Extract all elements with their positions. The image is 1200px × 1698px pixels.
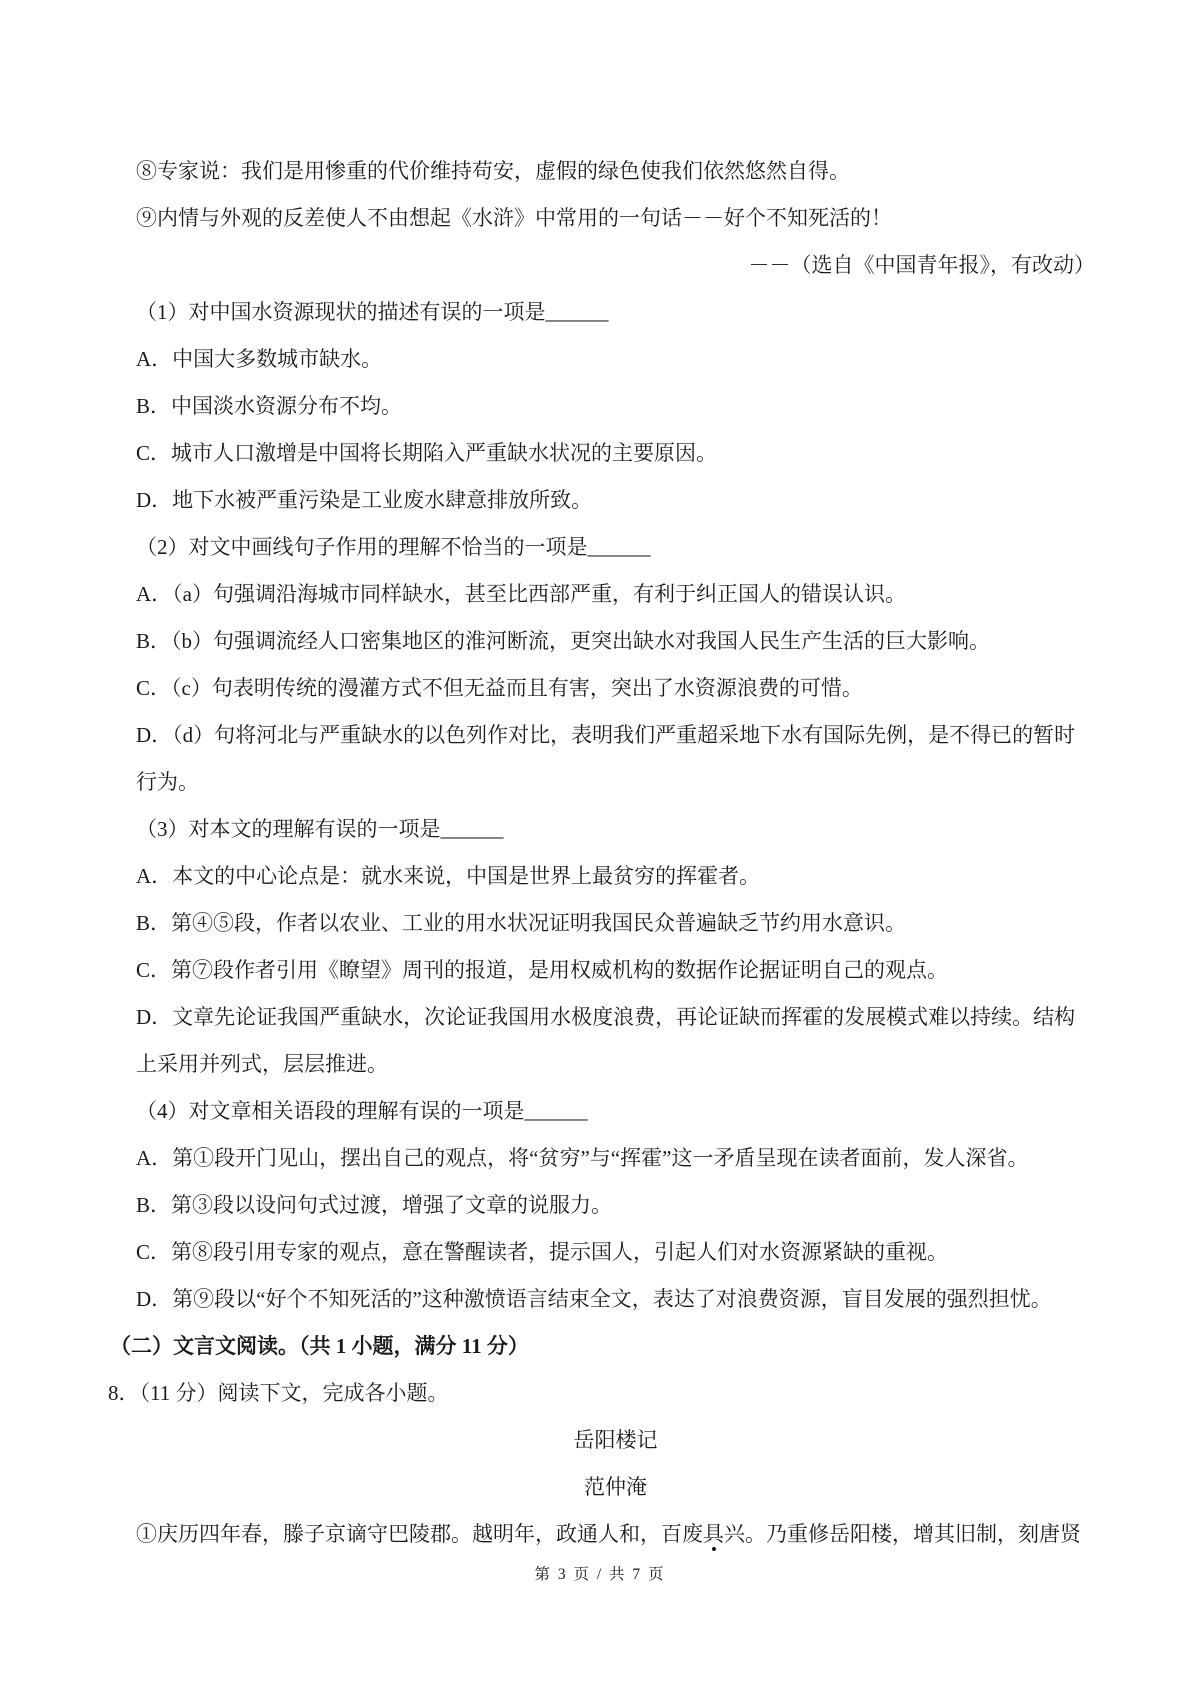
question-number-line: 8．（11 分）阅读下文，完成各小题。	[100, 1370, 1095, 1417]
emphasized-character: 具	[703, 1522, 724, 1546]
article-title: 岳阳楼记	[100, 1417, 1095, 1464]
page-footer: 第 3 页 / 共 7 页	[0, 1563, 1200, 1587]
option-continuation-line: 行为。	[100, 759, 1095, 806]
paragraph-line: ⑨内情与外观的反差使人不由想起《水浒》中常用的一句话－－好个不知死活的！	[100, 195, 1095, 242]
question-stem-line: （2）对文中画线句子作用的理解不恰当的一项是______	[100, 524, 1095, 571]
question-stem-line: （4）对文章相关语段的理解有误的一项是______	[100, 1088, 1095, 1135]
option-line: A．（a）句强调沿海城市同样缺水，甚至比西部严重，有利于纠正国人的错误认识。	[100, 571, 1095, 618]
option-line: B．（b）句强调流经人口密集地区的淮河断流，更突出缺水对我国人民生产生活的巨大影…	[100, 618, 1095, 665]
option-line: B．第③段以设问句式过渡，增强了文章的说服力。	[100, 1182, 1095, 1229]
option-line: B．第④⑤段，作者以农业、工业的用水状况证明我国民众普遍缺乏节约用水意识。	[100, 900, 1095, 947]
option-continuation-line: 上采用并列式，层层推进。	[100, 1041, 1095, 1088]
question-stem-line: （3）对本文的理解有误的一项是______	[100, 806, 1095, 853]
exam-content: ⑧专家说：我们是用惨重的代价维持苟安，虚假的绿色使我们依然悠然自得。⑨内情与外观…	[100, 148, 1095, 1558]
question-stem-line: （1）对中国水资源现状的描述有误的一项是______	[100, 289, 1095, 336]
section-heading: （二）文言文阅读。（共 1 小题，满分 11 分）	[100, 1323, 1095, 1370]
paragraph-line: ⑧专家说：我们是用惨重的代价维持苟安，虚假的绿色使我们依然悠然自得。	[100, 148, 1095, 195]
option-line: A．本文的中心论点是：就水来说，中国是世界上最贫穷的挥霍者。	[100, 853, 1095, 900]
option-line: C．城市人口激增是中国将长期陷入严重缺水状况的主要原因。	[100, 430, 1095, 477]
option-line: D．地下水被严重污染是工业废水肆意排放所致。	[100, 477, 1095, 524]
option-line: C．（c）句表明传统的漫灌方式不但无益而且有害，突出了水资源浪费的可惜。	[100, 665, 1095, 712]
exam-page: ⑧专家说：我们是用惨重的代价维持苟安，虚假的绿色使我们依然悠然自得。⑨内情与外观…	[0, 0, 1200, 1698]
option-line: C．第⑦段作者引用《瞭望》周刊的报道，是用权威机构的数据作论据证明自己的观点。	[100, 947, 1095, 994]
article-author: 范仲淹	[100, 1464, 1095, 1511]
option-line: D．文章先论证我国严重缺水，次论证我国用水极度浪费，再论证缺而挥霍的发展模式难以…	[100, 994, 1095, 1041]
paragraph-line: ①庆历四年春，滕子京谪守巴陵郡。越明年，政通人和，百废具兴。乃重修岳阳楼，增其旧…	[100, 1511, 1095, 1558]
option-line: C．第⑧段引用专家的观点，意在警醒读者，提示国人，引起人们对水资源紧缺的重视。	[100, 1229, 1095, 1276]
option-line: D．（d）句将河北与严重缺水的以色列作对比，表明我们严重超采地下水有国际先例，是…	[100, 712, 1095, 759]
option-line: A．第①段开门见山，摆出自己的观点，将“贫穷”与“挥霍”这一矛盾呈现在读者面前，…	[100, 1135, 1095, 1182]
option-line: A．中国大多数城市缺水。	[100, 336, 1095, 383]
option-line: D．第⑨段以“好个不知死活的”这种激愤语言结束全文，表达了对浪费资源，盲目发展的…	[100, 1276, 1095, 1323]
option-line: B．中国淡水资源分布不均。	[100, 383, 1095, 430]
attribution-line: －－（选自《中国青年报》，有改动）	[100, 242, 1095, 289]
